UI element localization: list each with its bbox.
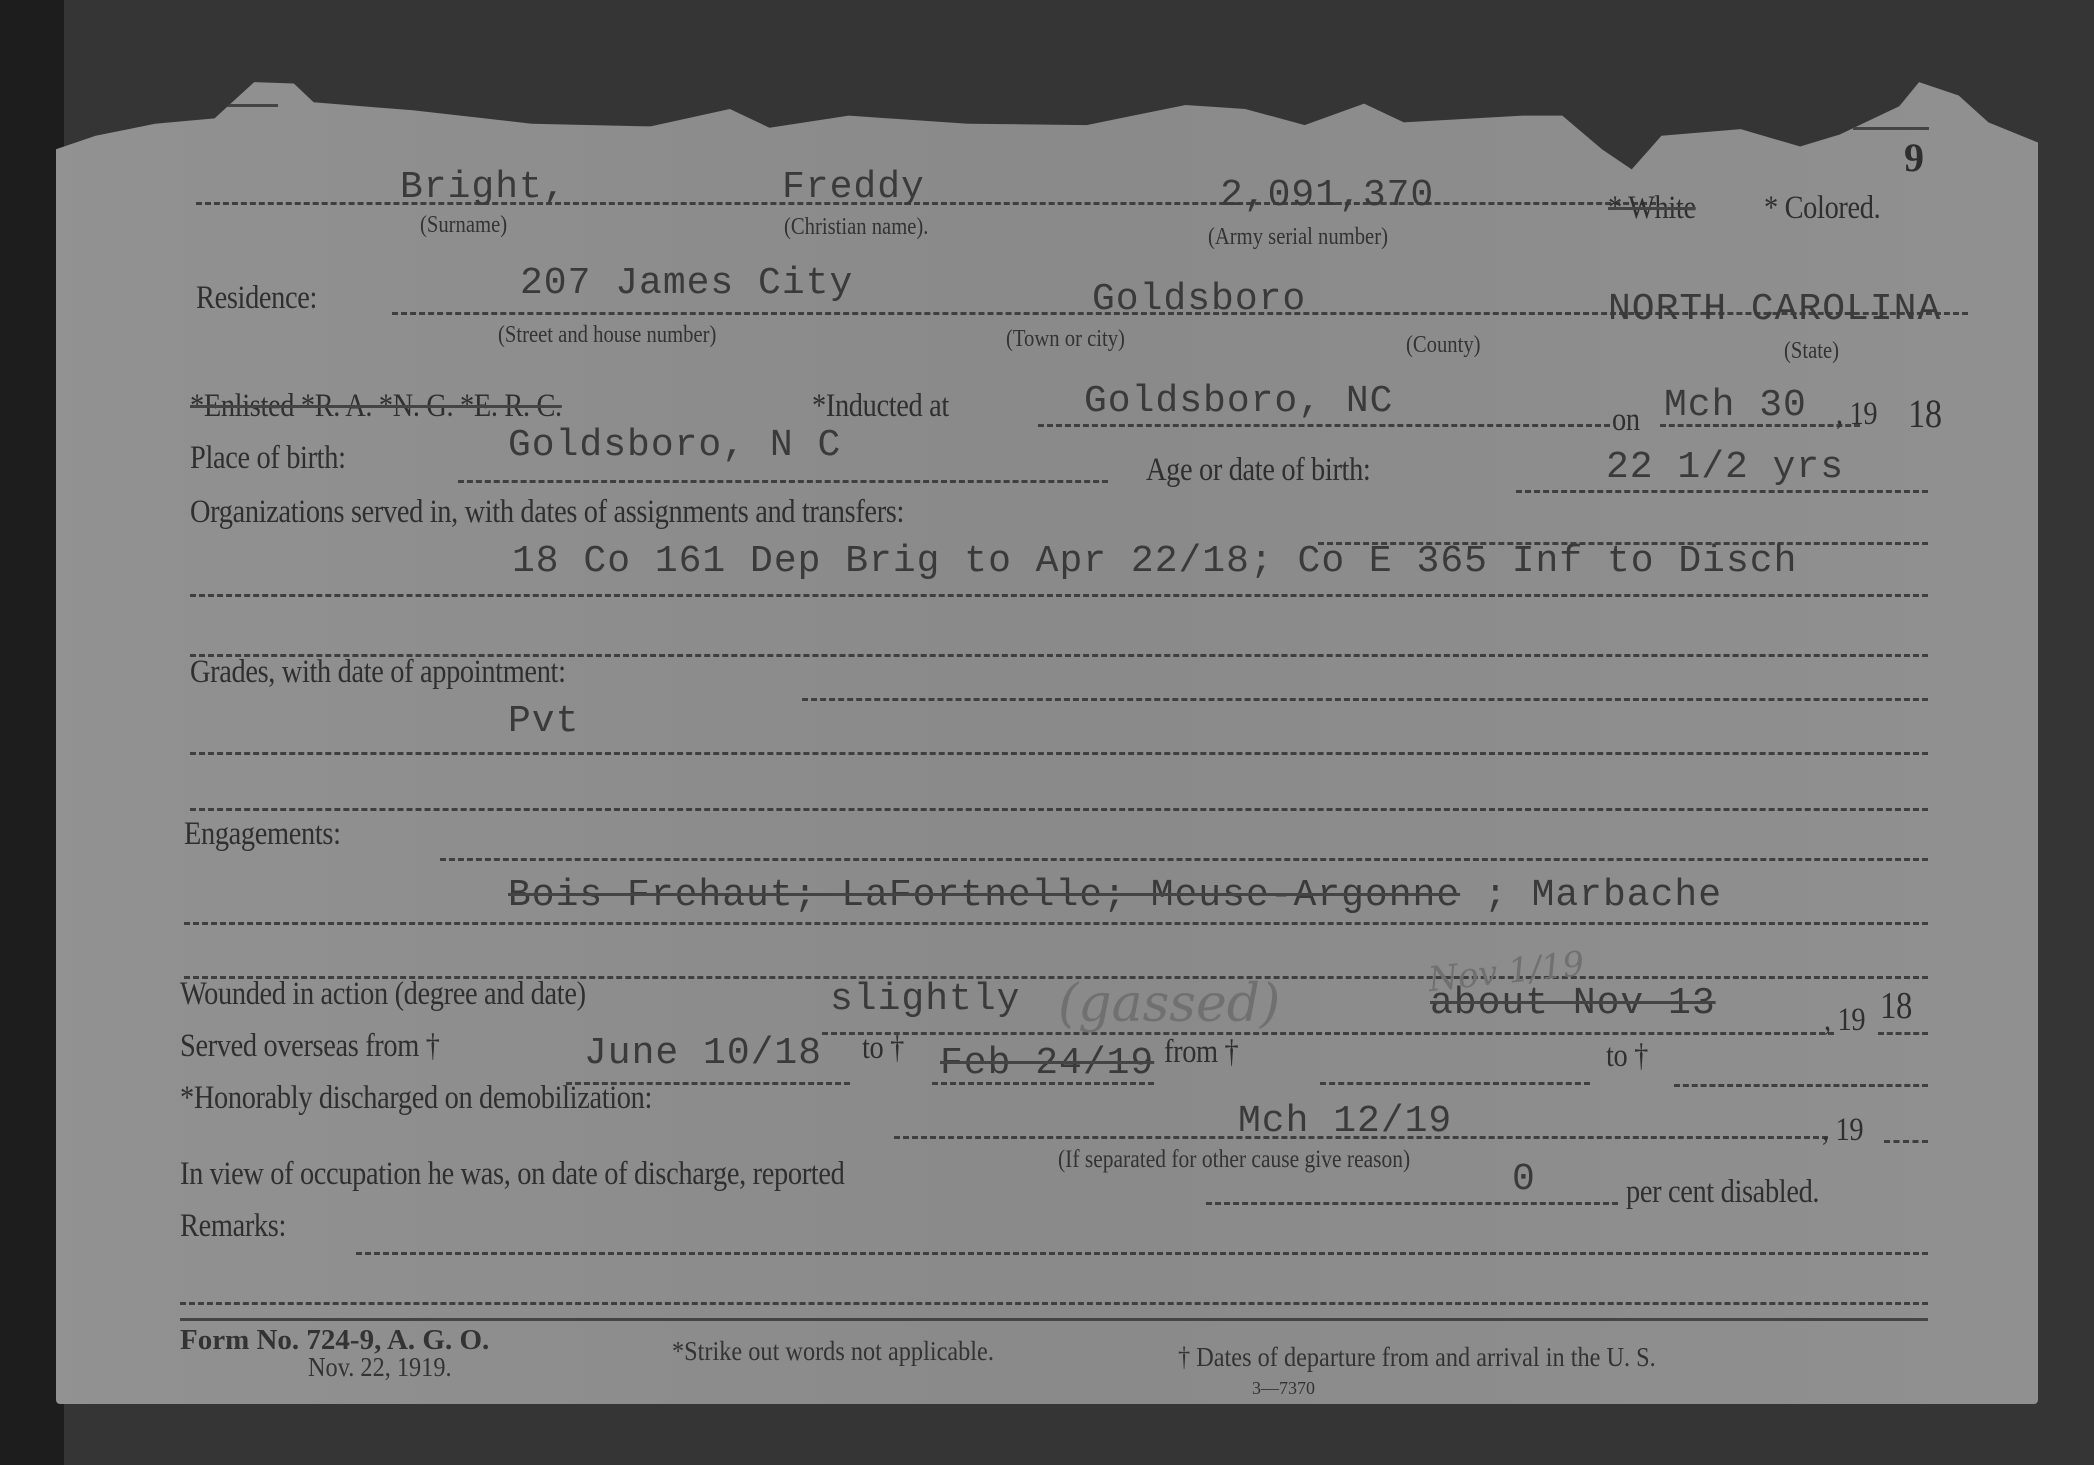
- scan-edge: [0, 0, 64, 1465]
- organizations-label: Organizations served in, with dates of a…: [190, 494, 904, 531]
- place-of-birth-value: Goldsboro, N C: [508, 424, 841, 467]
- surname-caption: (Surname): [420, 212, 507, 239]
- organizations-line-2: [190, 594, 1928, 597]
- discharge-year-prefix: , 19: [1822, 1112, 1863, 1149]
- place-of-birth-line: [458, 480, 1108, 483]
- residence-town-caption: (Town or city): [1006, 326, 1125, 353]
- page-number-rule: [1853, 127, 1929, 130]
- strike-out-note: *Strike out words not applicable.: [672, 1336, 994, 1367]
- on-label: on: [1612, 402, 1640, 439]
- army-serial-caption: (Army serial number): [1208, 224, 1388, 251]
- page-number: 9: [1904, 134, 1924, 181]
- wounded-year-suffix: 18: [1880, 984, 1912, 1028]
- overseas-to2-label: to †: [1606, 1038, 1648, 1075]
- disability-percent-value: 0: [1512, 1158, 1536, 1201]
- service-record-card: 9 Bright, (Surname) Freddy (Christian na…: [56, 62, 2038, 1404]
- grades-value: Pvt: [508, 700, 579, 743]
- wounded-line: [822, 1032, 1834, 1035]
- surname-value: Bright,: [400, 166, 567, 209]
- race-white-option: * White: [1608, 190, 1696, 227]
- grades-line-3: [190, 808, 1928, 811]
- enlistment-options-struck: *Enlisted *R. A. *N. G. *E. R. C.: [190, 388, 562, 424]
- engagements-struck: Bois Frehaut; LaFortnelle; Meuse-Argonne: [508, 874, 1460, 917]
- age-value: 22 1/2 yrs: [1606, 446, 1844, 489]
- race-colored-option: * Colored.: [1764, 190, 1880, 227]
- residence-state-caption: (State): [1784, 338, 1839, 365]
- residence-town-value: Goldsboro: [1092, 278, 1306, 321]
- print-code: 3—7370: [1252, 1378, 1315, 1399]
- grades-line-2: [190, 752, 1928, 755]
- wounded-year-line: [1878, 1032, 1928, 1035]
- overseas-to2-line: [1674, 1084, 1928, 1087]
- induction-year-suffix: 18: [1908, 390, 1942, 437]
- wounded-degree-value: slightly: [830, 978, 1020, 1021]
- residence-label: Residence:: [196, 280, 317, 317]
- overseas-label: Served overseas from †: [180, 1028, 440, 1065]
- disability-suffix: per cent disabled.: [1626, 1174, 1819, 1211]
- christian-name-caption: (Christian name).: [784, 214, 928, 241]
- wounded-handwritten-note: (gassed): [1058, 974, 1280, 1034]
- wounded-date-value: about Nov 13: [1430, 982, 1716, 1025]
- grades-label: Grades, with date of appointment:: [190, 654, 566, 691]
- form-date: Nov. 22, 1919.: [308, 1352, 452, 1383]
- engagements-line-2: [184, 922, 1928, 925]
- inducted-at-line: [1038, 424, 1610, 427]
- disability-label: In view of occupation he was, on date of…: [180, 1156, 844, 1193]
- residence-county-caption: (County): [1406, 332, 1481, 359]
- residence-state-value: NORTH CAROLINA: [1608, 288, 1941, 331]
- remarks-label: Remarks:: [180, 1208, 286, 1245]
- enlistment-options: *Enlisted *R. A. *N. G. *E. R. C.: [190, 388, 562, 425]
- inducted-at-value: Goldsboro, NC: [1084, 380, 1393, 423]
- overseas-from2-label: from †: [1164, 1034, 1238, 1071]
- wounded-year-prefix: , 19: [1824, 1002, 1865, 1039]
- overseas-from-value: June 10/18: [584, 1032, 822, 1075]
- induction-date-value: Mch 30: [1664, 384, 1807, 427]
- disability-line: [1206, 1202, 1618, 1205]
- overseas-from2-line: [1320, 1082, 1590, 1085]
- residence-street-value: 207 James City: [520, 262, 853, 305]
- residence-street-caption: (Street and house number): [498, 322, 716, 349]
- discharge-note: (If separated for other cause give reaso…: [1058, 1146, 1410, 1174]
- discharge-label: *Honorably discharged on demobilization:: [180, 1080, 652, 1117]
- organizations-value: 18 Co 161 Dep Brig to Apr 22/18; Co E 36…: [512, 540, 1797, 583]
- induction-year-prefix: , 19: [1836, 396, 1877, 433]
- overseas-to-value: Feb 24/19: [940, 1042, 1154, 1085]
- remarks-line-2: [180, 1302, 1928, 1305]
- overseas-to-label: to †: [862, 1030, 904, 1067]
- dates-note: † Dates of departure from and arrival in…: [1178, 1342, 1656, 1373]
- age-line: [1516, 490, 1928, 493]
- engagements-line-1: [440, 858, 1928, 861]
- discharge-year-line: [1884, 1140, 1928, 1143]
- engagements-value: Bois Frehaut; LaFortnelle; Meuse-Argonne…: [508, 874, 1722, 917]
- age-label: Age or date of birth:: [1146, 452, 1370, 489]
- grades-line-1: [802, 698, 1928, 701]
- christian-name-value: Freddy: [782, 166, 925, 209]
- induction-date-line: [1660, 424, 1860, 427]
- footer-rule: [180, 1318, 1928, 1321]
- engagements-rest: ; Marbache: [1460, 874, 1722, 917]
- army-serial-value: 2,091,370: [1220, 174, 1434, 217]
- place-of-birth-label: Place of birth:: [190, 440, 346, 477]
- inducted-at-label: *Inducted at: [812, 388, 949, 425]
- discharge-date-value: Mch 12/19: [1238, 1100, 1452, 1143]
- remarks-line-1: [356, 1252, 1928, 1255]
- wounded-label: Wounded in action (degree and date): [180, 976, 586, 1013]
- engagements-label: Engagements:: [184, 816, 341, 853]
